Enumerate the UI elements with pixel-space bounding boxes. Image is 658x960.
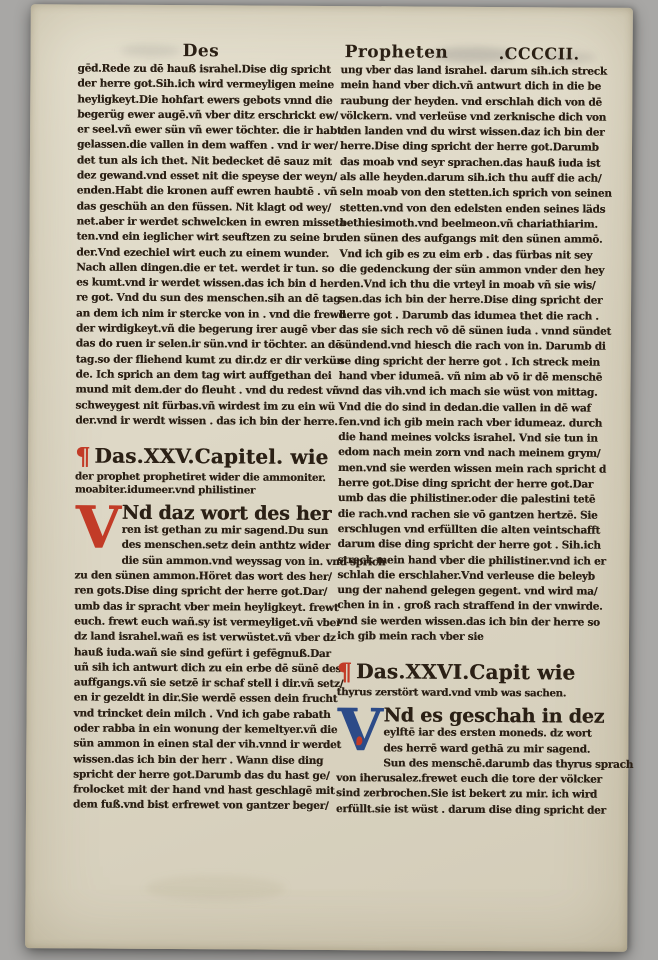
text-line: herre.Dise ding spricht der herre got.Da… [340, 140, 610, 157]
text-line: fen.vnd ich gib mein rach vber idumeaz. … [338, 415, 608, 432]
text-line: die gedenckung der sün ammon vnder den h… [339, 262, 609, 279]
text-line: raubung der heyden. vnd erschlah dich vo… [340, 94, 610, 111]
text-line: oder rabba in ein wonung der kemeltyer.v… [73, 721, 338, 738]
text-line: völckern. vnd verleüse vnd zerknische di… [340, 109, 610, 126]
text-line: mund mit dem.der do fleuht . vnd du rede… [75, 383, 340, 400]
text-line: enden.Habt die kronen auff ewren haubtē … [77, 184, 342, 201]
text-line: schweygest nit fürbas.vñ wirdest im zu e… [75, 398, 340, 415]
text-line: en ir gezeldt in dir.Sie werdē essen dei… [74, 691, 339, 708]
text-line: den landen vnd du wirst wissen.daz ich b… [340, 124, 610, 141]
left-text-block-1: gēd.Rede zu dē hauß israhel.Dise dig spr… [75, 61, 342, 430]
text-line: gelassen.die vallen in dem waffen . vnd … [77, 138, 342, 155]
left-text-block-2: die sün ammon.vnd weyssag von in. vnd sp… [73, 553, 340, 815]
rubric-pilcrow-icon: ¶ [75, 442, 90, 471]
text-line: re got. Vnd du sun des menschen.sih an d… [76, 291, 341, 308]
text-line: als alle heyden.darum sih.ich thu auff d… [340, 170, 610, 187]
initial-letter: V [337, 696, 382, 764]
text-line: se ding spricht der herre got . Ich stre… [339, 354, 609, 371]
text-line: umb das die philistiner.oder die palesti… [338, 491, 608, 508]
text-line: vnd das vih.vnd ich mach sie wüst von mi… [338, 384, 608, 401]
text-line: ung vber das land israhel. darum sih.ich… [340, 63, 610, 80]
text-line: hauß iuda.wañ sie sind gefürt i gefēgnuß… [74, 645, 339, 662]
text-line: streck mein hand vber die philistiner.vn… [337, 553, 607, 570]
text-line: darum dise ding spricht der herre got . … [338, 537, 608, 554]
text-line: uñ sih ich antwurt dich zu ein erbe dē s… [74, 660, 339, 677]
running-title-right: Propheten [345, 42, 449, 63]
text-line: ren gots.Dise ding spricht der herre got… [74, 584, 339, 601]
chapter-xxv-text: V Nd daz wort des her ren ist gethan zu … [73, 504, 340, 815]
chapter-xxvi-title: Das.XXVI.Capit wie [356, 659, 575, 684]
text-line: heyligkeyt.Die hohfart ewers gebots vnnd… [77, 92, 342, 109]
folio-number: .CCCCII. [499, 44, 580, 63]
lombard-initial-v-blue: V [336, 706, 383, 756]
running-title-left: Des [183, 41, 220, 61]
text-line: begerüg ewer augē.vñ vber ditz erschrick… [77, 107, 342, 124]
text-line: die hand meines volcks israhel. Vnd sie … [338, 430, 608, 447]
text-line: vnd trincket dein milch . Vnd ich gabe r… [74, 706, 339, 723]
right-text-column: ung vber das land israhel. darum sih.ich… [336, 63, 611, 819]
rubric-pilcrow-icon: ¶ [337, 657, 352, 686]
text-line: sün ammon in einen stal der vih.vnnd ir … [73, 737, 338, 754]
text-line: den sünen des aufgangs mit den sünen amm… [339, 231, 609, 248]
text-line: das moab vnd seyr sprachen.das hauß iuda… [340, 155, 610, 172]
text-line: chen in in . groß rach straffend in der … [337, 598, 607, 615]
photo-background: Des Propheten .CCCCII. gēd.Rede zu dē ha… [0, 0, 658, 960]
text-line: mein hand vber dich.vñ antwurt dich in d… [340, 78, 610, 95]
paper-smudge [121, 45, 181, 57]
left-text-column: gēd.Rede zu dē hauß israhel.Dise dig spr… [73, 61, 343, 814]
text-line: sen.das ich bin der herre.Dise ding spri… [339, 293, 609, 310]
text-line: edom nach mein zorn vnd nach meinem grym… [338, 445, 608, 462]
text-line: zu den sünen ammon.Höret das wort des he… [74, 568, 339, 585]
chapter-heading-xxvi: ¶Das.XXVI.Capit wie thyrus zerstört ward… [337, 657, 607, 701]
text-line: Vnd die do sind in dedan.die vallen in d… [338, 400, 608, 417]
chapter-xxvi-text: V Nd es geschah in dez eylftē iar des er… [336, 706, 607, 818]
text-line: der wirdigkeyt.vñ die begerung irer augē… [76, 321, 341, 338]
text-line: er seel.vñ ewer sün vñ ewer töchter. die… [77, 123, 342, 140]
text-line: euch. frewt euch wañ.sy ist vermeyliget.… [74, 614, 339, 631]
text-line: die rach.vnd rachen sie vō gantzen hertz… [338, 507, 608, 524]
text-line: vnd sie werden wissen.das ich bin der he… [337, 614, 607, 631]
text-line: bethiesimoth.vnd beelmeon.vñ chariathiar… [340, 216, 610, 233]
text-line: der.vnd ir werdt wissen . das ich bin de… [75, 413, 340, 430]
text-line: dz land israhel.wañ es ist verwüstet.vñ … [74, 630, 339, 647]
text-line: dem fuß.vnd bist erfrewet von gantzer be… [73, 798, 338, 815]
text-line: net.aber ir werdet schwelcken in ewren m… [77, 214, 342, 231]
text-line: umb das ir spracht vber mein heyligkeyt.… [74, 599, 339, 616]
text-line: stetten.vnd von den edelsten enden seine… [340, 201, 610, 218]
text-line: der herre got.Sih.ich wird vermeyligen m… [77, 77, 342, 94]
paper-stain [145, 875, 285, 902]
right-text-block-2: Sun des menschē.darumb das thyrus sprach… [336, 756, 606, 819]
text-line: auffgangs.vñ sie setzē ir schaf stell i … [74, 676, 339, 693]
text-line: von iherusalez.frewet euch die tore der … [336, 771, 606, 788]
text-line: erschlugen vnd erfüllten die alten veint… [338, 522, 608, 539]
text-line: das geschüh an den füssen. Nit klagt od … [77, 199, 342, 216]
text-line: an dem ich nim ir stercke von in . vnd d… [76, 306, 341, 323]
text-line: herre got.Dise ding spricht der herre go… [338, 476, 608, 493]
text-line: das do ruen ir selen.ir sün.vnd ir töcht… [76, 337, 341, 354]
text-line: den.Vnd ich thu die vrteyl in moab vñ si… [339, 277, 609, 294]
text-line: frolocket mit der hand vnd hast geschlag… [73, 783, 338, 800]
text-line: schlah die erschlaher.Vnd verleuse die b… [337, 568, 607, 585]
text-line: es kumt.vnd ir werdet wissen.das ich bin… [76, 276, 341, 293]
text-line: Nach allen dingen.die er tet. werdet ir … [76, 260, 341, 277]
text-line: sind zerbrochen.Sie ist bekert zu mir. i… [336, 787, 606, 804]
lombard-initial-v-red: V [75, 504, 122, 554]
text-line: dez gewand.vnd esset nit die speyse der … [77, 169, 342, 186]
text-line: der.Vnd ezechiel wirt euch zu einem wund… [76, 245, 341, 262]
text-line: das sie sich rech vō dē sünen iuda . vnn… [339, 323, 609, 340]
text-line: de. Ich sprich an dem tag wirt auffgetha… [76, 367, 341, 384]
text-line: det tun als ich thet. Nit bedecket dē sa… [77, 153, 342, 170]
text-line: spricht der herre got.Darumb das du hast… [73, 767, 338, 784]
chapter-heading-xxv: ¶Das.XXV.Capitel. wie der prophet prophe… [75, 442, 340, 499]
chapter-xxv-title: Das.XXV.Capitel. wie [94, 444, 328, 469]
right-text-block-1: ung vber das land israhel. darum sih.ich… [337, 63, 611, 646]
text-line: erfüllt.sie ist wüst . darum dise ding s… [336, 802, 606, 819]
manuscript-page: Des Propheten .CCCCII. gēd.Rede zu dē ha… [25, 4, 633, 952]
text-line: sündend.vnd hiesch die rach von in. Daru… [339, 338, 609, 355]
text-line: herre got . Darumb das idumea thet die r… [339, 308, 609, 325]
text-line: ten.vnd ein ieglicher wirt seuftzen zu s… [76, 230, 341, 247]
text-line: ich gib mein rach vber sie [337, 629, 607, 646]
text-line: wissen.das ich bin der herr . Wann dise … [73, 752, 338, 769]
text-line: tag.so der fliehend kumt zu dir.dz er di… [76, 352, 341, 369]
text-line: Vnd ich gib es zu eim erb . das fürbas n… [339, 247, 609, 264]
text-line: men.vnd sie werden wissen mein rach spri… [338, 461, 608, 478]
text-line: gēd.Rede zu dē hauß israhel.Dise dig spr… [77, 61, 342, 78]
text-line: hand vber idumeā. vñ nim ab vō ir dē men… [339, 369, 609, 386]
text-line: ung der nahend gelegen gegent. vnd wird … [337, 583, 607, 600]
text-line: seln moab von den stetten.ich sprich von… [340, 185, 610, 202]
